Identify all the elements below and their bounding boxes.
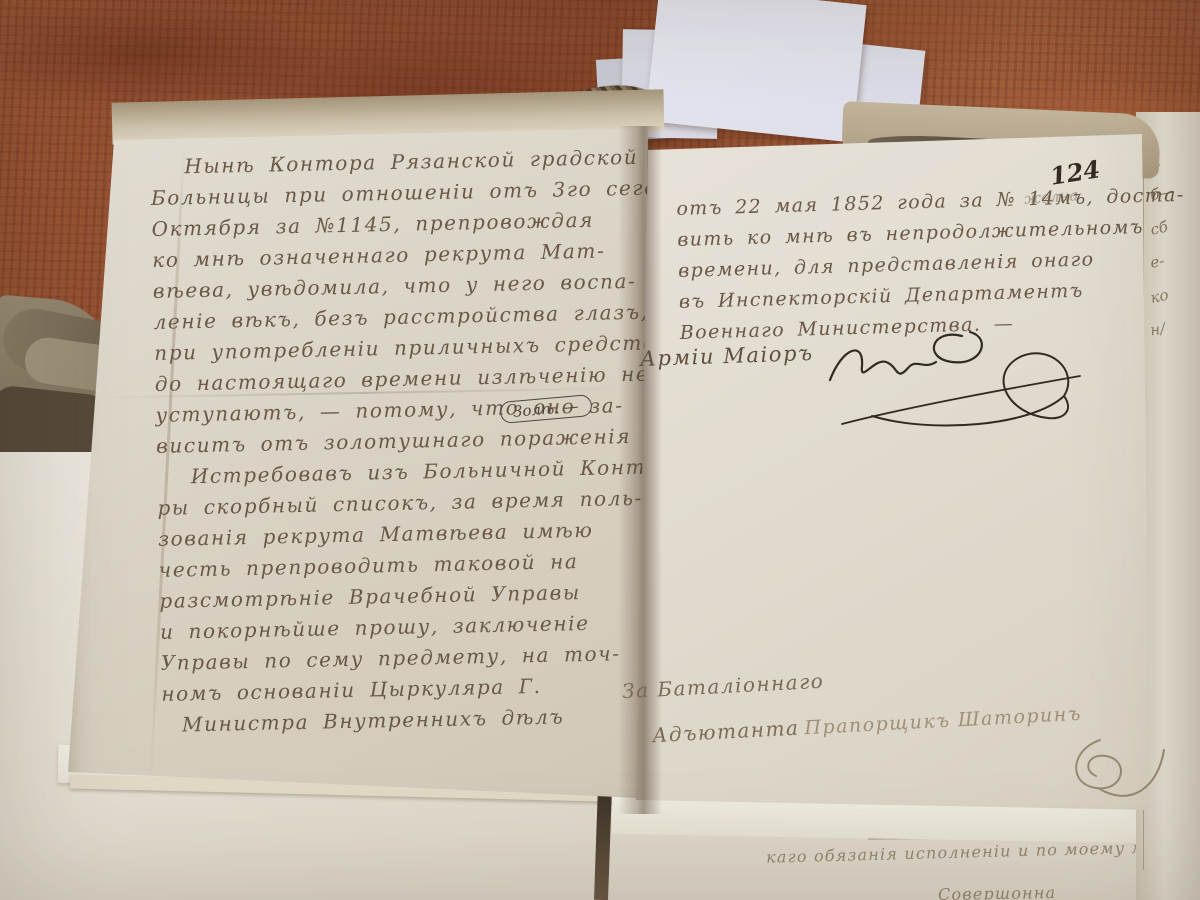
- signature-flourish-major: [812, 318, 1092, 438]
- bookmark-tab-large: [645, 0, 866, 142]
- gutter-shadow: [618, 126, 662, 814]
- under-sheet-text-fragment: Совершонна: [938, 883, 1057, 900]
- left-page-text: Нынѣ Контора Рязанской градской Больницы…: [150, 141, 687, 741]
- photo-of-archival-document: каго обязанія исполненіи и по моему мнѣн…: [0, 0, 1200, 900]
- signature-flourish-adjutant: [1040, 722, 1170, 812]
